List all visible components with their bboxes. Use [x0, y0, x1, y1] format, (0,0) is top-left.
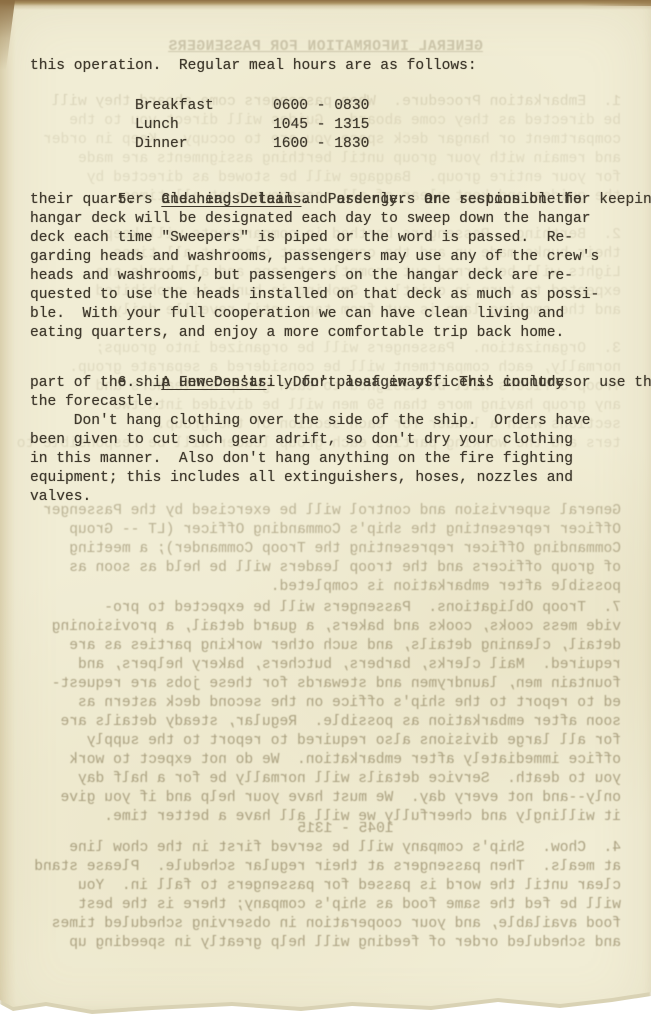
meal-name: Dinner — [135, 135, 188, 154]
paragraph-line: been given to cut such gear adrift, so d… — [30, 431, 635, 450]
paragraph-line: equipment; this includes all extinguishe… — [30, 469, 635, 488]
section-a-few-donts: 6. A Few Don'ts. Don't loaf in officers'… — [30, 355, 635, 507]
intro-line: this operation. Regular meal hours are a… — [30, 57, 477, 76]
section-heading-line: 6. A Few Don'ts. Don't loaf in officers'… — [30, 355, 635, 374]
paragraph-line: heads and washrooms, but passengers on t… — [30, 267, 635, 286]
paragraph-line: their quarters and heads clean and order… — [30, 191, 635, 210]
meal-row: Lunch 1045 - 1315 — [0, 116, 651, 135]
meal-name: Breakfast — [135, 97, 214, 116]
paragraph-line: eating quarters, and enjoy a more comfor… — [30, 324, 635, 343]
section-cleaning-details: 5. Cleaning Details. Passengers are resp… — [30, 172, 635, 343]
paragraph-line: part of the ship unnecessarily for passa… — [30, 374, 635, 393]
meal-time: 1600 - 1830 — [273, 135, 369, 154]
meal-time: 1045 - 1315 — [273, 116, 369, 135]
section-heading-line: 5. Cleaning Details. Passengers are resp… — [30, 172, 635, 191]
document-page: GENERAL INFORMATION FOR PASSENGERS 1. Em… — [0, 0, 651, 1024]
paragraph-line: garding heads and washrooms, passengers … — [30, 248, 635, 267]
paragraph-line: Don't hang clothing over the side of the… — [30, 412, 635, 431]
meal-time: 0600 - 0830 — [273, 97, 369, 116]
paragraph-line: in this manner. Also don't hang anything… — [30, 450, 635, 469]
typewritten-text-layer: this operation. Regular meal hours are a… — [0, 0, 651, 1024]
paragraph-line: valves. — [30, 488, 635, 507]
paper-corner-right — [581, 0, 651, 6]
paragraph-line: hangar deck will be designated each day … — [30, 210, 635, 229]
meal-hours-table: Breakfast 0600 - 0830 Lunch 1045 - 1315 … — [0, 97, 651, 154]
paper-top-edge — [0, 0, 651, 10]
meal-name: Lunch — [135, 116, 179, 135]
paragraph-line: ble. With your full cooperation we can h… — [30, 305, 635, 324]
meal-row: Dinner 1600 - 1830 — [0, 135, 651, 154]
paragraph-line: the forecastle. — [30, 393, 635, 412]
meal-row: Breakfast 0600 - 0830 — [0, 97, 651, 116]
paragraph-line: deck each time "Sweepers" is piped or th… — [30, 229, 635, 248]
scanned-page-container: GENERAL INFORMATION FOR PASSENGERS 1. Em… — [0, 0, 651, 1024]
paragraph-line: quested to use the heads installed on th… — [30, 286, 635, 305]
